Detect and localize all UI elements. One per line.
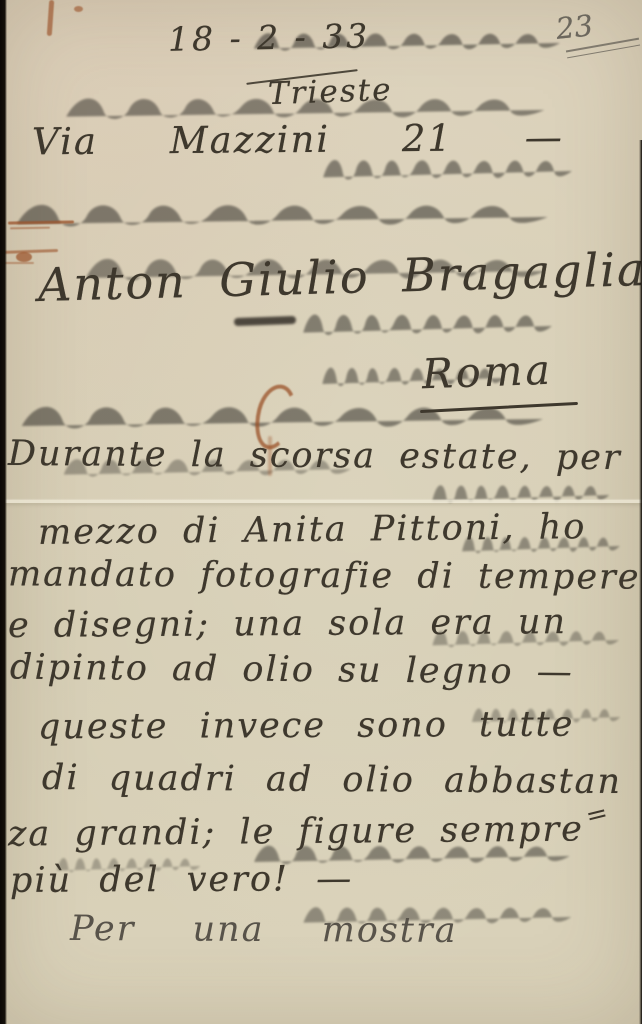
letter-scan: 18 - 2 - 33 23 Trieste Via Mazzini 21 — …	[0, 0, 642, 1024]
hyphenation-mark: =	[583, 798, 611, 832]
body-line: za grandi; le figure sempre	[8, 809, 584, 854]
body-line: e disegni; una sola era un	[8, 602, 567, 646]
body-line: Per una mostra	[70, 909, 458, 951]
fold-crease	[0, 500, 642, 503]
rust-stain	[74, 6, 83, 12]
body-line: mandato fotografie di tempere	[8, 554, 641, 597]
bleedthrough-line	[10, 196, 565, 238]
recipient-city: Roma	[421, 346, 553, 399]
body-line: dipinto ad olio su legno —	[10, 648, 574, 693]
rust-stain	[47, 0, 54, 36]
rust-stain	[16, 252, 32, 262]
body-line: di quadri ad olio abbastan	[42, 758, 622, 802]
letter-city: Trieste	[267, 72, 393, 112]
ink-smear	[234, 316, 296, 326]
body-line: mezzo di Anita Pittoni, ho	[38, 507, 587, 553]
page-number: 23	[554, 8, 594, 46]
sender-address: Via Mazzini 21 —	[32, 116, 564, 164]
scan-edge-left	[0, 0, 7, 1024]
bleedthrough-line	[300, 306, 560, 346]
body-line: queste invece sono tutte	[38, 705, 575, 748]
body-line: più del vero! —	[10, 859, 353, 901]
body-line: Durante la scorsa estate, per	[8, 434, 622, 478]
letter-date: 18 - 2 - 33	[168, 16, 371, 59]
